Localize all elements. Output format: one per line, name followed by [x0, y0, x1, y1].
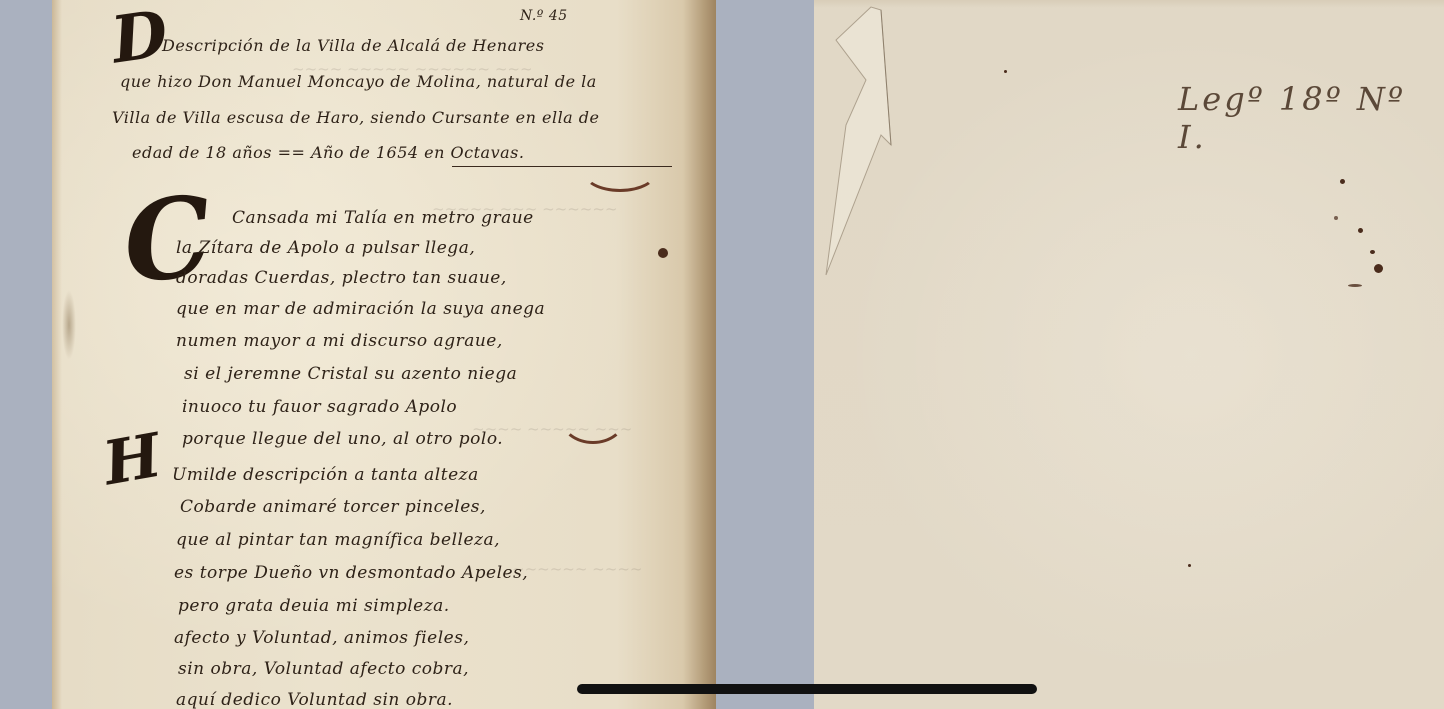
ink-spot — [1370, 250, 1375, 254]
verse-line: porque llegue del uno, al otro polo. — [182, 429, 503, 449]
verse-line: si el jeremne Cristal su azento niega — [184, 364, 517, 384]
ink-spot — [1334, 216, 1338, 220]
verse-line: aquí dedico Voluntad sin obra. — [176, 690, 453, 709]
heading-line-2: que hizo Don Manuel Moncayo de Molina, n… — [120, 72, 597, 91]
verse-line: Umilde descripción a tanta alteza — [172, 465, 479, 485]
manuscript-page-left: ~~~~ ~~~~~ ~~~~~~ ~~~ ~~~~~ ~~~ ~~~~~~ ~… — [52, 0, 716, 709]
stanza-2-initial: H — [98, 421, 166, 500]
ink-spot — [1188, 564, 1191, 567]
verse-line: numen mayor a mi discurso agraue, — [176, 331, 503, 351]
ink-blot — [658, 248, 668, 258]
ink-spot — [1348, 284, 1362, 287]
page-edge-stain — [62, 290, 76, 360]
verse-line: inuoco tu fauor sagrado Apolo — [182, 397, 457, 417]
ink-spot — [1004, 70, 1007, 73]
bleed-through-text: ~~~~~~ ~~~~ — [512, 560, 642, 578]
verse-line: Cobarde animaré torcer pinceles, — [180, 497, 486, 517]
verse-line: sin obra, Voluntad afecto cobra, — [178, 659, 469, 679]
verse-line: la Zítara de Apolo a pulsar llega, — [176, 238, 475, 258]
bundle-label: Legº 18º Nº I. — [1178, 80, 1444, 156]
verse-line: que en mar de admiración la suya anega — [176, 299, 545, 319]
verse-line: pero grata deuia mi simpleza. — [178, 596, 450, 616]
ink-flourish — [560, 392, 626, 444]
heading-line-1: Descripción de la Villa de Alcalá de Hen… — [162, 36, 544, 55]
verse-line: que al pintar tan magnífica belleza, — [176, 530, 500, 550]
torn-paper-fold — [816, 5, 896, 285]
heading-line-4: edad de 18 años == Año de 1654 en Octava… — [132, 143, 524, 162]
ink-spot — [1340, 179, 1345, 184]
catalog-mark: N.º 45 — [520, 8, 568, 24]
ink-flourish — [582, 150, 658, 192]
verse-line: doradas Cuerdas, plectro tan suaue, — [176, 268, 507, 288]
verse-line: afecto y Voluntad, animos fieles, — [174, 628, 469, 648]
verse-line: Cansada mi Talía en metro graue — [232, 208, 534, 228]
verse-line: es torpe Dueño vn desmontado Apeles, — [174, 563, 528, 583]
home-indicator-bar[interactable] — [577, 684, 1037, 694]
ink-spot — [1374, 264, 1383, 273]
heading-line-3: Villa de Villa escusa de Haro, siendo Cu… — [112, 108, 600, 127]
ink-spot — [1358, 228, 1363, 233]
